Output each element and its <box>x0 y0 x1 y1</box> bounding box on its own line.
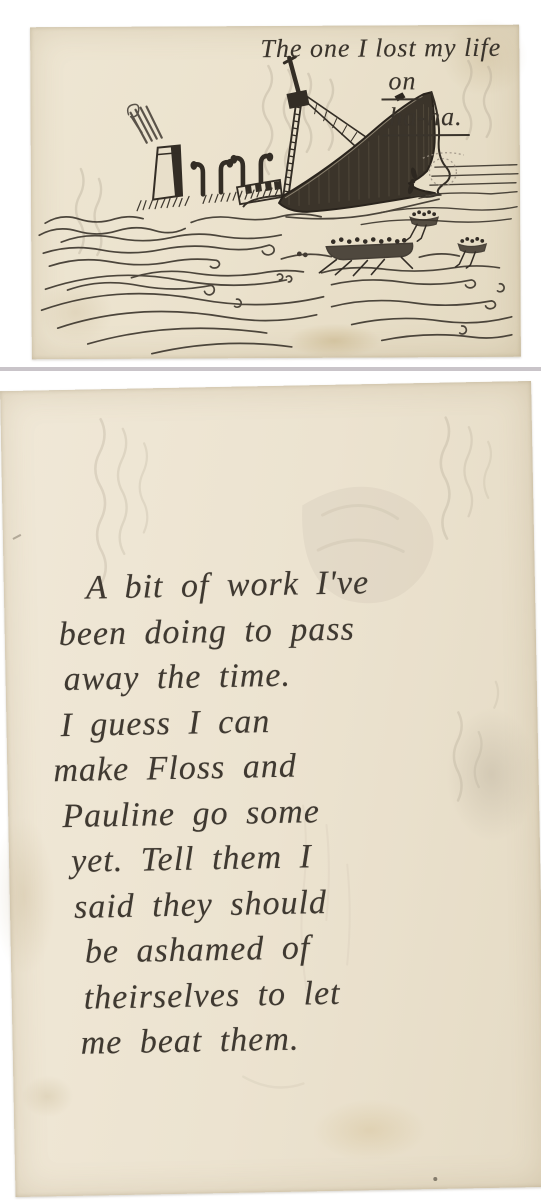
drawing-caption: The one I lost my life on ha-ha. <box>148 31 502 138</box>
letter-body: A bit of work I've been doing to pass aw… <box>49 557 519 1066</box>
letter-line: me beat them. <box>80 1012 519 1066</box>
letter-line: be ashamed of <box>84 921 517 975</box>
scan-page: The one I lost my life on ha-ha. <box>0 0 541 1200</box>
funnel <box>153 145 182 199</box>
drawing-caption-line-3: ha-ha. <box>149 100 470 138</box>
letter-paper: A bit of work I've been doing to pass aw… <box>0 381 541 1197</box>
lifeboat-small-1 <box>406 210 438 241</box>
drawing-caption-line-1: The one I lost my life <box>148 31 501 66</box>
letter-line: A bit of work I've <box>85 557 510 611</box>
drawing-paper: The one I lost my life on ha-ha. <box>30 25 521 360</box>
scan-divider <box>0 367 541 371</box>
lifeboat-small-2 <box>455 237 486 268</box>
drawing-caption-line-2: on <box>148 64 423 101</box>
